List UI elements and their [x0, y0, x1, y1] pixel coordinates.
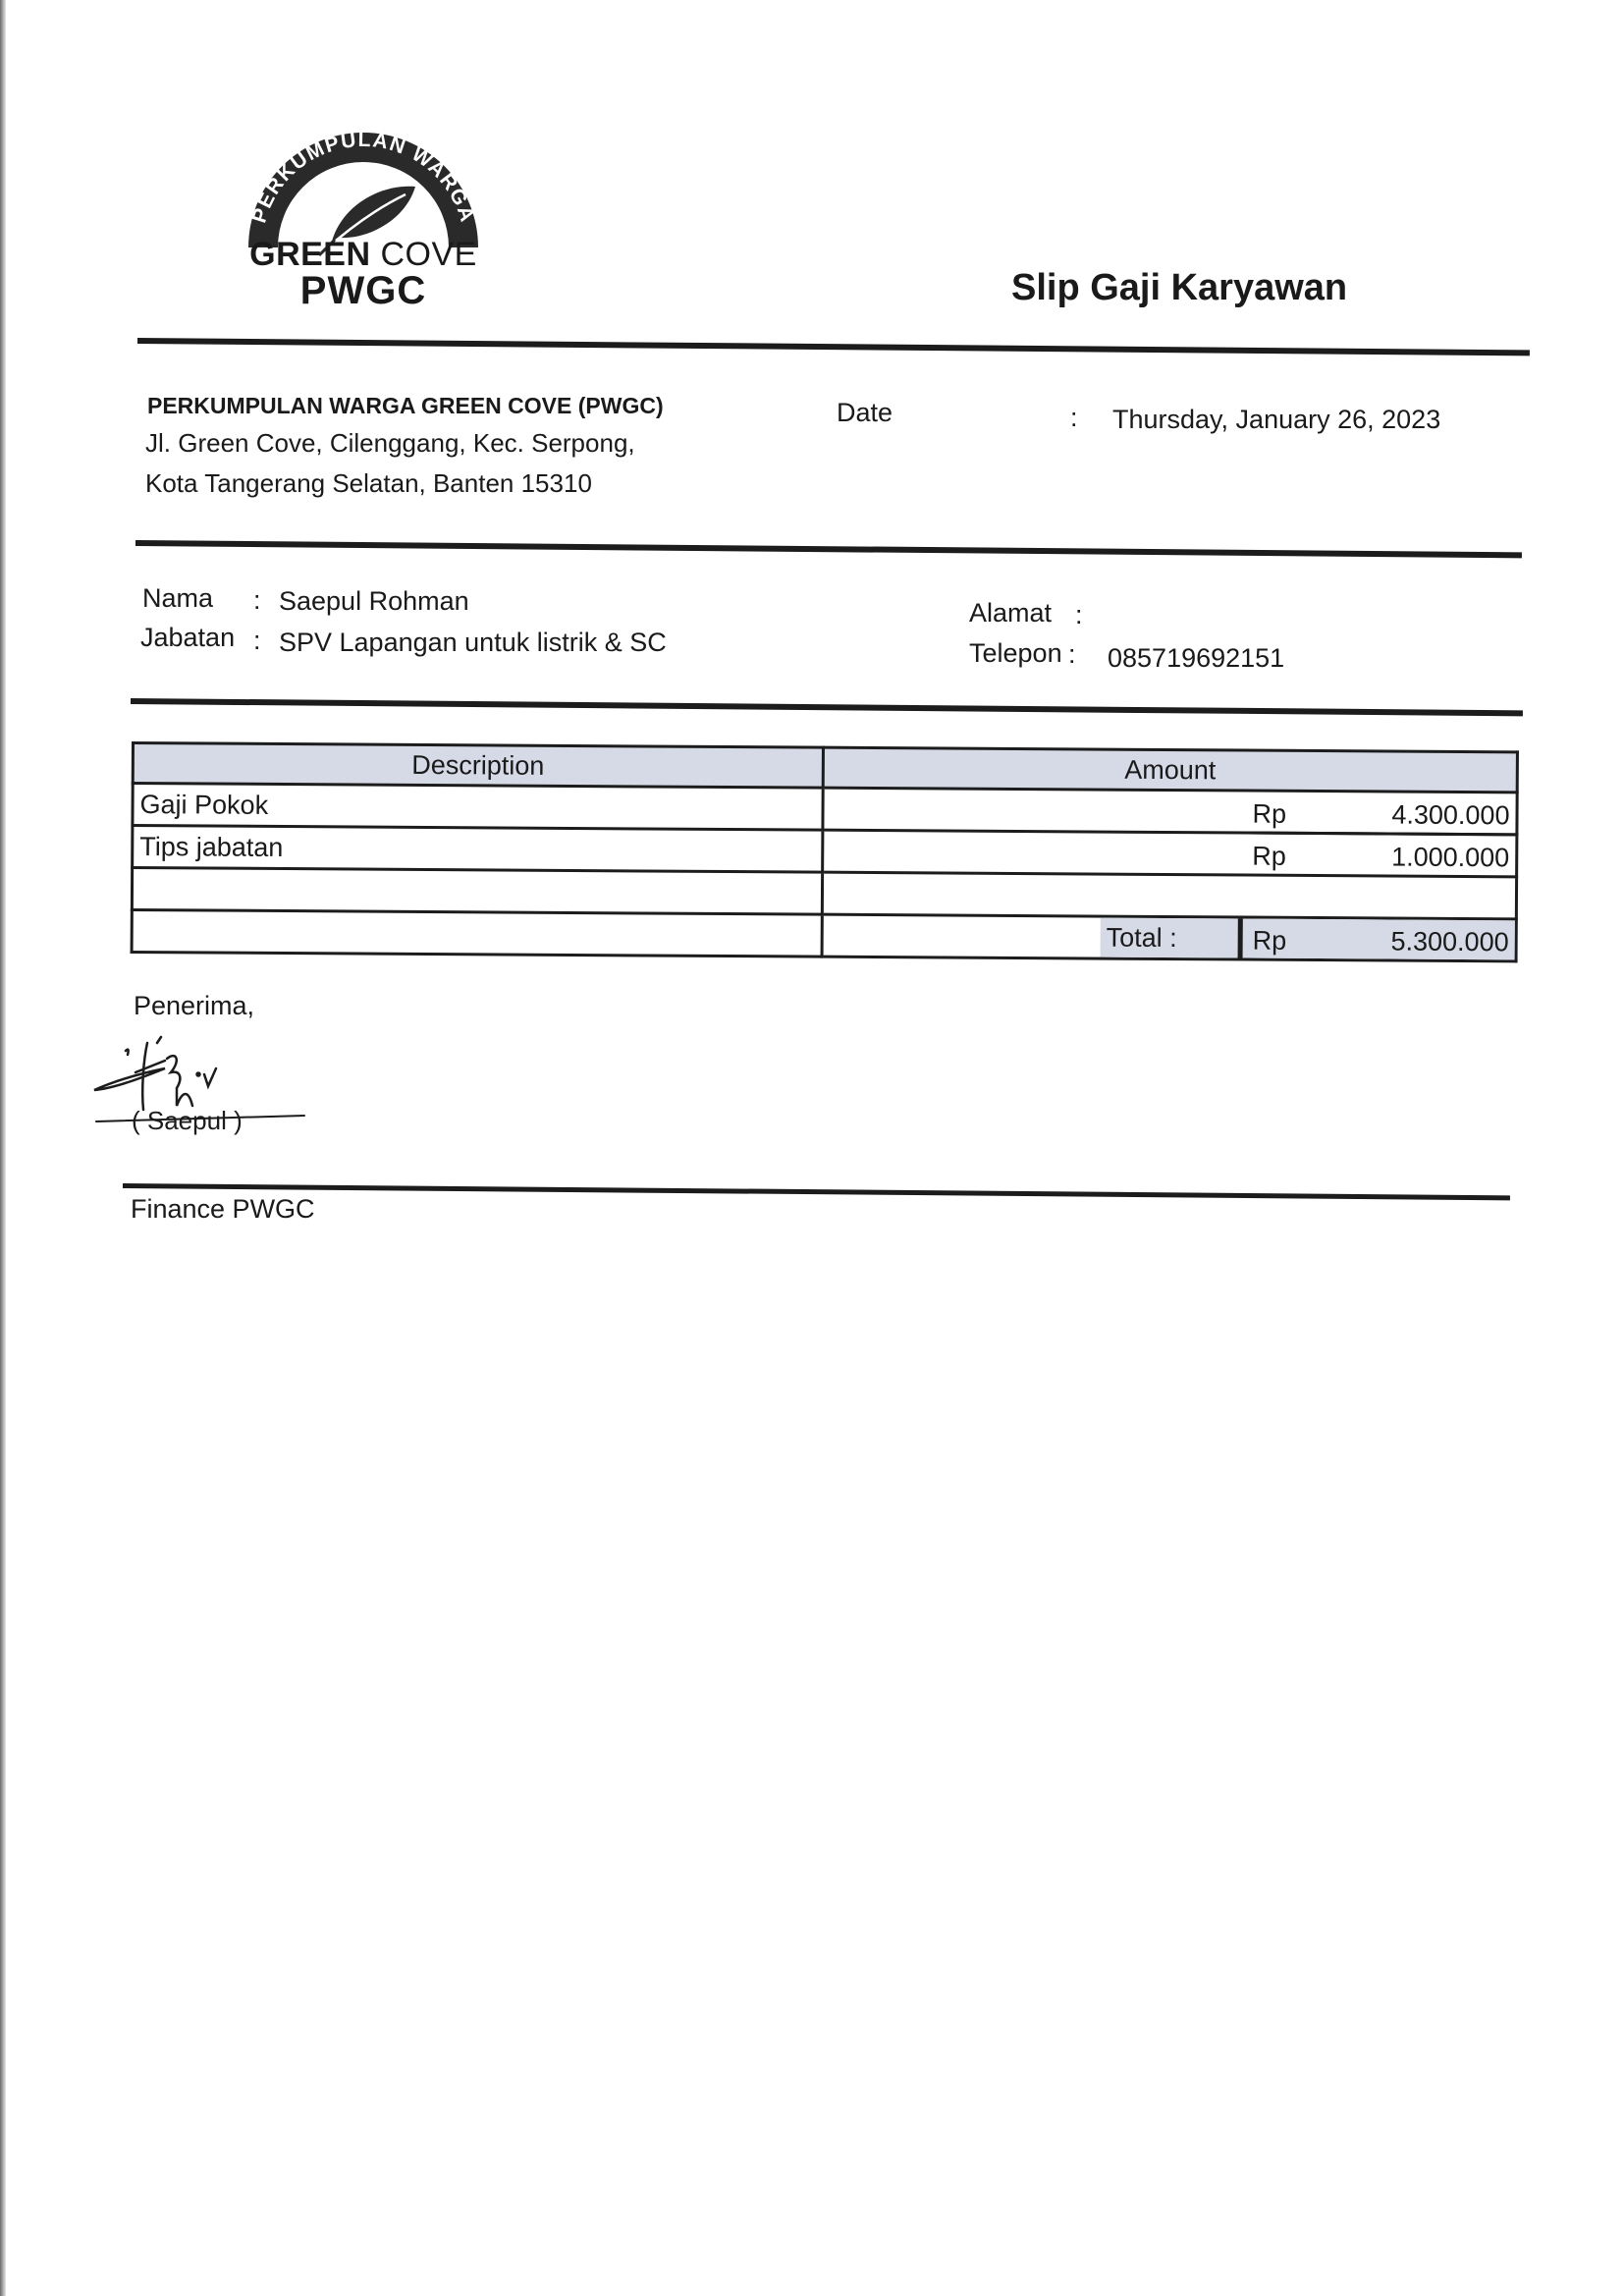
signature-icon: ( Saepul ) [86, 1031, 322, 1159]
svg-text:( Saepul ): ( Saepul ) [132, 1106, 243, 1135]
employee-phone-separator: : [1068, 639, 1076, 670]
divider [135, 540, 1522, 558]
employee-phone-label: Telepon [969, 638, 1062, 669]
table-total-row: Total : Rp 5.300.000 [132, 910, 1516, 961]
column-header-description: Description [133, 743, 823, 789]
organization-address-line2: Kota Tangerang Selatan, Banten 15310 [145, 468, 592, 499]
employee-name-value: Saepul Rohman [279, 586, 469, 617]
date-value: Thursday, January 26, 2023 [1112, 405, 1440, 435]
total-label: Total : [1101, 918, 1244, 958]
row-description: Gaji Pokok [133, 784, 823, 831]
employee-phone-value: 085719692151 [1108, 643, 1284, 674]
signature-block: ( Saepul ) [86, 1031, 322, 1159]
divider [137, 338, 1530, 355]
row-amount [822, 872, 1516, 919]
employee-address-label: Alamat [969, 598, 1052, 629]
currency-label: Rp [1252, 799, 1286, 830]
amount-value: 1.000.000 [1391, 843, 1509, 874]
total-row-description [132, 910, 822, 957]
row-amount: Rp 4.300.000 [823, 788, 1517, 835]
finance-label: Finance PWGC [131, 1194, 315, 1225]
total-currency: Rp [1253, 926, 1287, 957]
date-separator: : [1070, 403, 1078, 433]
employee-address-separator: : [1075, 600, 1083, 630]
signature-line [123, 1183, 1510, 1200]
column-header-amount: Amount [823, 747, 1517, 793]
total-amount-box: Rp 5.300.000 [1238, 918, 1515, 959]
total-amount: 5.300.000 [1390, 927, 1508, 958]
employee-position-label: Jabatan [140, 623, 235, 653]
employee-name-separator: : [253, 585, 261, 616]
row-description: Tips jabatan [133, 826, 823, 873]
date-label: Date [837, 398, 893, 428]
receiver-label: Penerima, [134, 991, 254, 1021]
employee-name-label: Nama [142, 583, 213, 614]
employee-position-separator: : [253, 626, 261, 656]
organization-name: PERKUMPULAN WARGA GREEN COVE (PWGC) [147, 393, 664, 419]
salary-table: Description Amount Gaji Pokok Rp 4.300.0… [131, 741, 1516, 962]
amount-value: 4.300.000 [1391, 800, 1509, 832]
document-title: Slip Gaji Karyawan [1011, 267, 1347, 309]
organization-logo: PERKUMPULAN WARGA GREEN COVE PWGC [241, 130, 486, 316]
employee-position-value: SPV Lapangan untuk listrik & SC [279, 628, 667, 658]
divider [131, 698, 1523, 716]
scan-edge-shadow [0, 0, 6, 2296]
total-cell: Total : Rp 5.300.000 [822, 914, 1516, 961]
organization-address-line1: Jl. Green Cove, Cilenggang, Kec. Serpong… [145, 428, 635, 459]
row-amount: Rp 1.000.000 [823, 830, 1517, 877]
logo-abbrev: PWGC [241, 269, 486, 313]
currency-label: Rp [1252, 842, 1286, 872]
row-description [132, 868, 822, 915]
